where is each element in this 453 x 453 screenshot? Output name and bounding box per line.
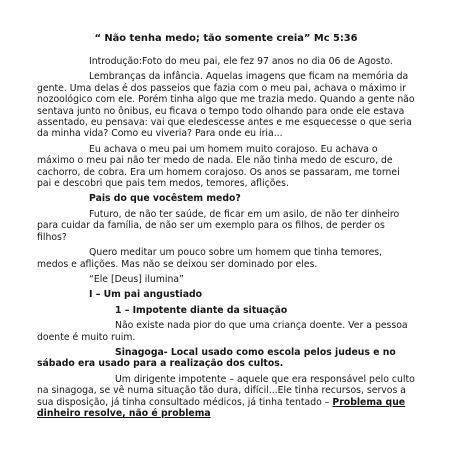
paragraph-childhood-memories: Lembranças da infância. Aquelas imagens …	[37, 71, 415, 139]
paragraph-synagogue-note: Sinagoga- Local usado como escola pelos …	[37, 347, 415, 370]
paragraph-father-courage: Eu achava o meu pai um homem muito coraj…	[37, 144, 415, 190]
paragraph-helpless-leader: Um dirigente impotente – aquele que era …	[37, 374, 415, 420]
paragraph-intro: Introdução:Foto do meu pai, ele fez 97 a…	[37, 56, 415, 67]
document-page: “ Não tenha medo; tão somente creia” Mc …	[0, 0, 453, 453]
document-title: “ Não tenha medo; tão somente creia” Mc …	[37, 33, 415, 45]
paragraph-sick-child: Não existe nada pior do que uma criança …	[37, 320, 415, 343]
paragraph-quote-deus-ilumina: “Ele [Deus] ilumina”	[37, 274, 415, 285]
heading-fears-question: Pais do que vocêstem medo?	[37, 193, 415, 204]
paragraph-fears-list: Futuro, de não ter saúde, de ficar em um…	[37, 209, 415, 243]
heading-section-1: I – Um pai angustiado	[37, 289, 415, 300]
heading-subsection-1-1: 1 – Impotente diante da situação	[37, 305, 415, 316]
paragraph-meditation: Quero meditar um pouco sobre um homem qu…	[37, 247, 415, 270]
